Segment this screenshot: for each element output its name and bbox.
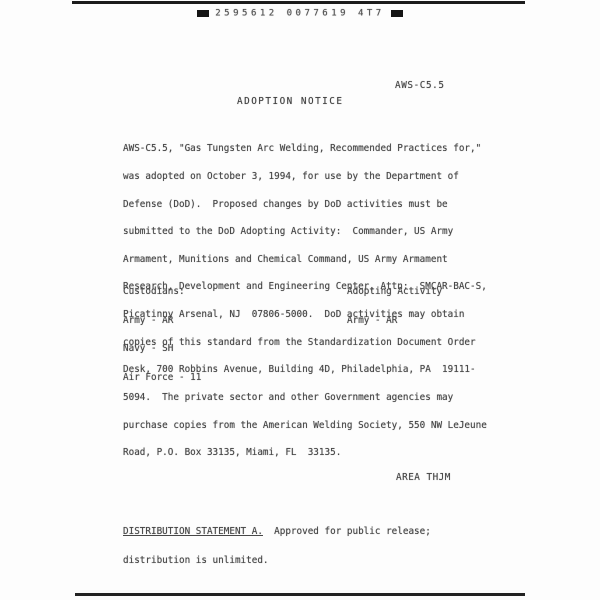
code-start-block-icon bbox=[197, 10, 209, 17]
distribution-statement: DISTRIBUTION STATEMENT A. Approved for p… bbox=[123, 508, 431, 585]
paragraph-line: Armament, Munitions and Chemical Command… bbox=[123, 255, 487, 264]
distribution-statement-line2: distribution is unlimited. bbox=[123, 556, 431, 566]
paragraph-line: Road, P.O. Box 33135, Miami, FL 33135. bbox=[123, 448, 487, 457]
paragraph-line: AWS-C5.5, "Gas Tungsten Arc Welding, Rec… bbox=[123, 144, 487, 153]
doc-number: AWS-C5.5 bbox=[395, 80, 445, 91]
custodians-heading: Custodians: bbox=[123, 287, 201, 297]
document-control-code-row: 2595612 0077619 4T7 bbox=[0, 3, 600, 22]
custodian-item: Navy - SH bbox=[123, 344, 201, 354]
distribution-statement-label: DISTRIBUTION STATEMENT A. bbox=[123, 526, 263, 537]
scanned-document-page: 2595612 0077619 4T7 AWS-C5.5 ADOPTION NO… bbox=[0, 0, 600, 600]
scan-edge-bottom-rule bbox=[75, 593, 525, 596]
adopting-activity-section: Adopting Activity Army - AR bbox=[347, 268, 442, 344]
distribution-statement-line1: DISTRIBUTION STATEMENT A. Approved for p… bbox=[123, 527, 431, 537]
paragraph-line: was adopted on October 3, 1994, for use … bbox=[123, 172, 487, 181]
area-code: AREA THJM bbox=[396, 472, 451, 483]
page-title: ADOPTION NOTICE bbox=[237, 96, 343, 107]
paragraph-line: purchase copies from the American Weldin… bbox=[123, 421, 487, 430]
custodians-section: Custodians: Army - AR Navy - SH Air Forc… bbox=[123, 268, 201, 401]
custodian-item: Army - AR bbox=[123, 316, 201, 326]
distribution-statement-rest: Approved for public release; bbox=[263, 526, 431, 537]
code-end-block-icon bbox=[391, 10, 403, 17]
paragraph-line: Defense (DoD). Proposed changes by DoD a… bbox=[123, 200, 487, 209]
paragraph-line: submitted to the DoD Adopting Activity: … bbox=[123, 227, 487, 236]
adopting-activity-item: Army - AR bbox=[347, 316, 442, 326]
custodian-item: Air Force - 11 bbox=[123, 373, 201, 383]
adopting-activity-heading: Adopting Activity bbox=[347, 287, 442, 297]
document-control-code: 2595612 0077619 4T7 bbox=[215, 9, 384, 19]
